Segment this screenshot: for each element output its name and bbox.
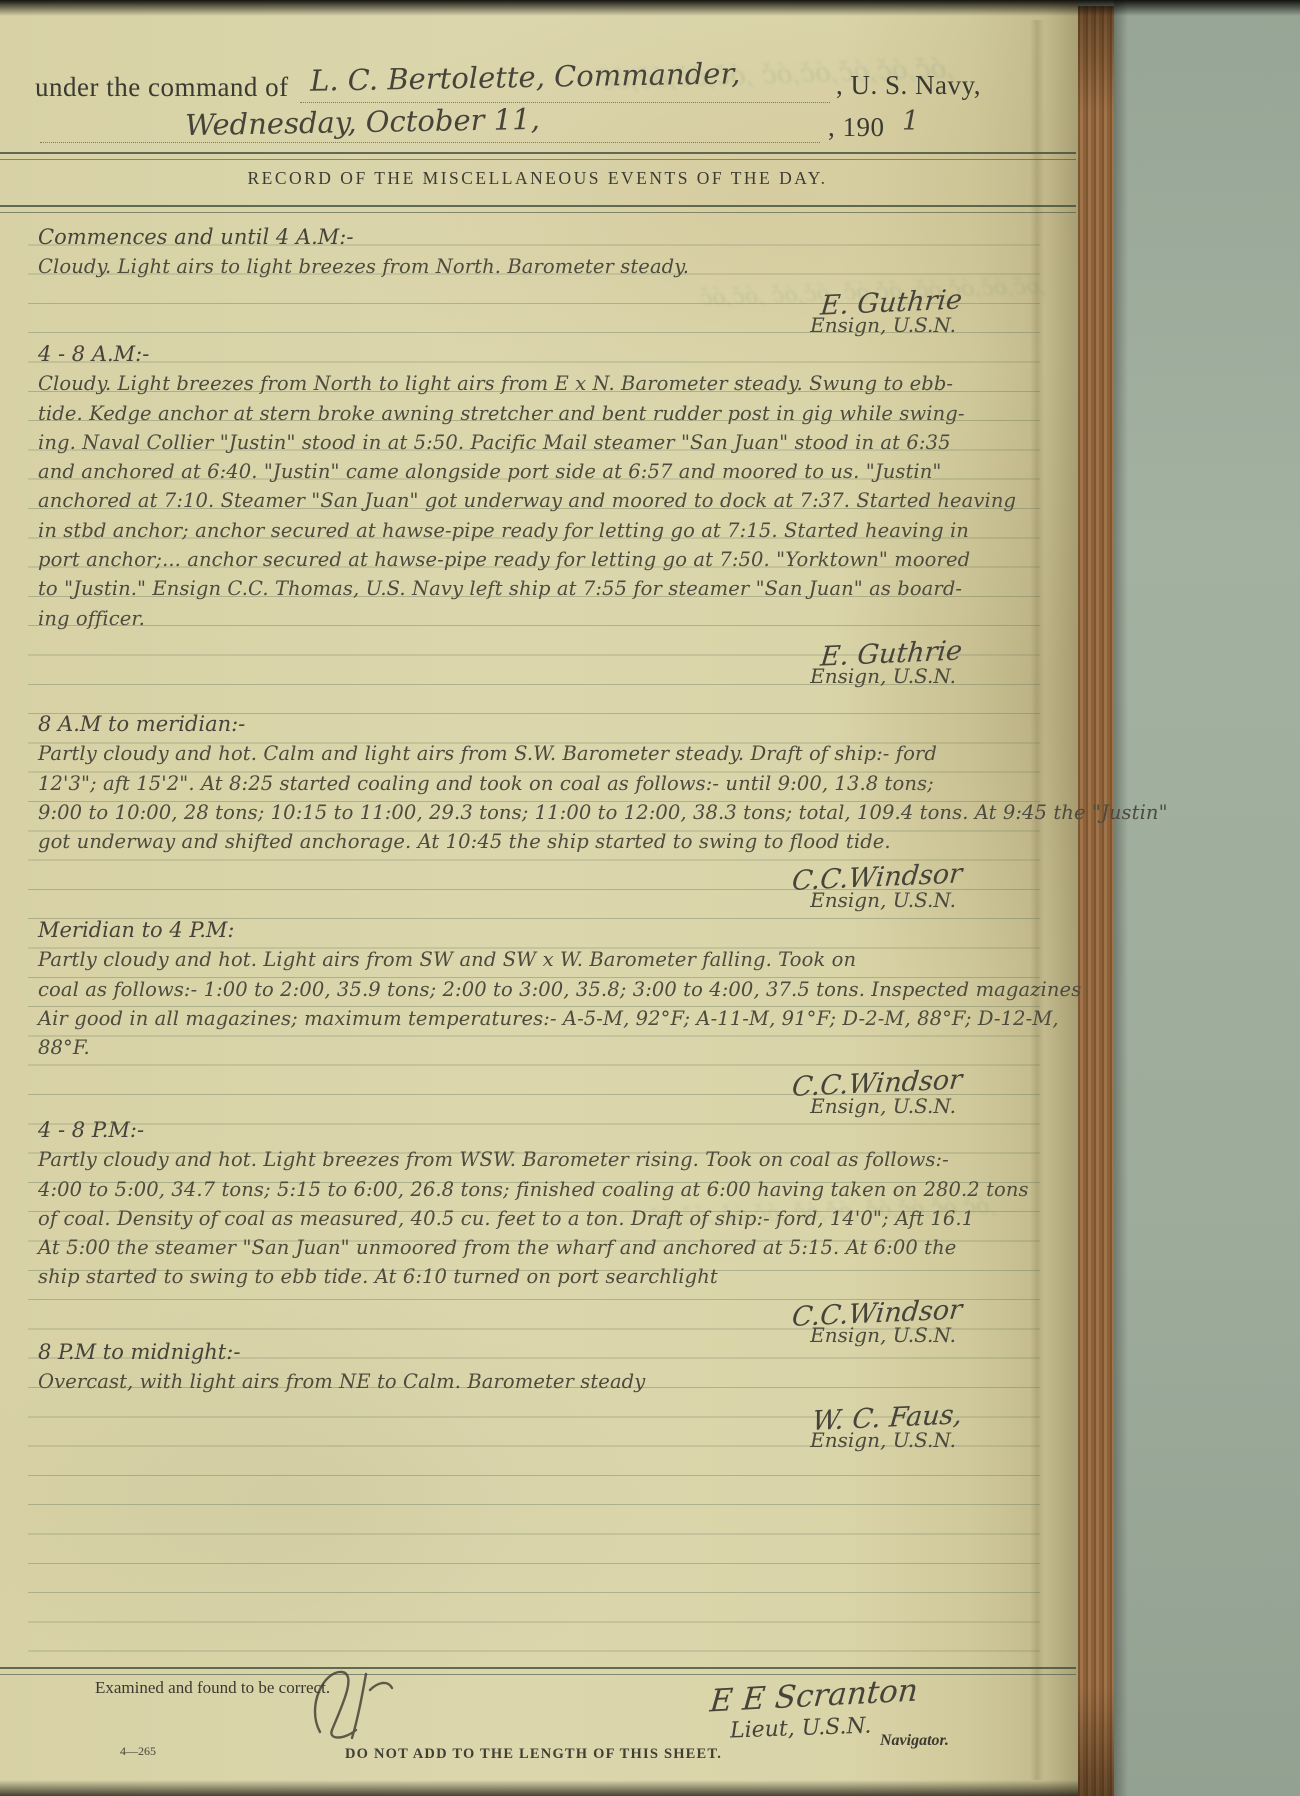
entry-period: Meridian to 4 P.M: bbox=[38, 916, 1040, 945]
entry-period: 8 P.M to midnight:- bbox=[38, 1338, 1040, 1367]
date-blank-line bbox=[40, 141, 820, 143]
form-number: 4—265 bbox=[120, 1744, 156, 1759]
printed-command-prefix: under the command of bbox=[35, 72, 289, 103]
entry-text: Cloudy. Light breezes from North to ligh… bbox=[38, 369, 1040, 633]
navigator-rank: Lieut, U.S.N. bbox=[730, 1714, 872, 1744]
divider-rule bbox=[0, 205, 1076, 213]
printed-year-prefix: , 190 bbox=[828, 112, 885, 143]
entry-signature-block: E. Guthrie Ensign, U.S.N. bbox=[38, 633, 1040, 692]
scan-top-shadow bbox=[0, 0, 1300, 16]
entry-signature-block: C.C.Windsor Ensign, U.S.N. bbox=[38, 1062, 1040, 1121]
scan-bottom-shadow bbox=[0, 1780, 1078, 1796]
entry-signature-block: C.C.Windsor Ensign, U.S.N. bbox=[38, 856, 1040, 915]
do-not-add-notice: DO NOT ADD TO THE LENGTH OF THIS SHEET. bbox=[345, 1746, 722, 1763]
page-edge-shadow bbox=[1114, 0, 1128, 1796]
entry-period: Commences and until 4 A.M:- bbox=[38, 223, 1040, 252]
entry-period: 8 A.M to meridian:- bbox=[38, 710, 1040, 739]
section-title: RECORD OF THE MISCELLANEOUS EVENTS OF TH… bbox=[0, 168, 1075, 189]
examiner-initials-scrawl bbox=[300, 1660, 410, 1740]
log-entry-8am-meridian: 8 A.M to meridian:- Partly cloudy and ho… bbox=[38, 710, 1040, 915]
handwritten-year-digit: 1 bbox=[902, 106, 919, 137]
book-page-edges bbox=[1078, 6, 1114, 1796]
examined-statement: Examined and found to be correct. bbox=[95, 1678, 330, 1698]
entry-period: 4 - 8 A.M:- bbox=[38, 340, 1040, 369]
entry-text: Partly cloudy and hot. Light airs from S… bbox=[38, 945, 1040, 1062]
log-entry-commences-until-4am: Commences and until 4 A.M:- Cloudy. Ligh… bbox=[38, 223, 1040, 340]
log-entry-4-8am: 4 - 8 A.M:- Cloudy. Light breezes from N… bbox=[38, 340, 1040, 692]
printed-navigator-label: Navigator. bbox=[880, 1732, 949, 1750]
printed-navy-suffix: , U. S. Navy, bbox=[836, 70, 981, 101]
entry-text: Overcast, with light airs from NE to Cal… bbox=[38, 1367, 1040, 1396]
entry-period: 4 - 8 P.M:- bbox=[38, 1116, 1040, 1145]
logbook-page-scan: ‚óč‚óč‚óč‚óč‚óč ‚óč‚óč‚óč‚óč ‚óč‚óč‚óč‚ó… bbox=[0, 0, 1300, 1796]
divider-rule bbox=[0, 152, 1076, 160]
log-entry-meridian-4pm: Meridian to 4 P.M: Partly cloudy and hot… bbox=[38, 916, 1040, 1121]
entry-text: Partly cloudy and hot. Calm and light ai… bbox=[38, 739, 1040, 856]
handwritten-date: Wednesday, October 11, bbox=[185, 102, 540, 142]
entry-signature-block: W. C. Faus, Ensign, U.S.N. bbox=[38, 1397, 1110, 1456]
entry-signature-block: E. Guthrie Ensign, U.S.N. bbox=[38, 282, 1040, 341]
log-entry-8pm-midnight: 8 P.M to midnight:- Overcast, with light… bbox=[38, 1338, 1040, 1455]
commander-blank-line bbox=[300, 101, 830, 103]
entry-text: Partly cloudy and hot. Light breezes fro… bbox=[38, 1145, 1040, 1291]
log-entry-4-8pm: 4 - 8 P.M:- Partly cloudy and hot. Light… bbox=[38, 1116, 1040, 1350]
entry-text: Cloudy. Light airs to light breezes from… bbox=[38, 252, 1040, 281]
